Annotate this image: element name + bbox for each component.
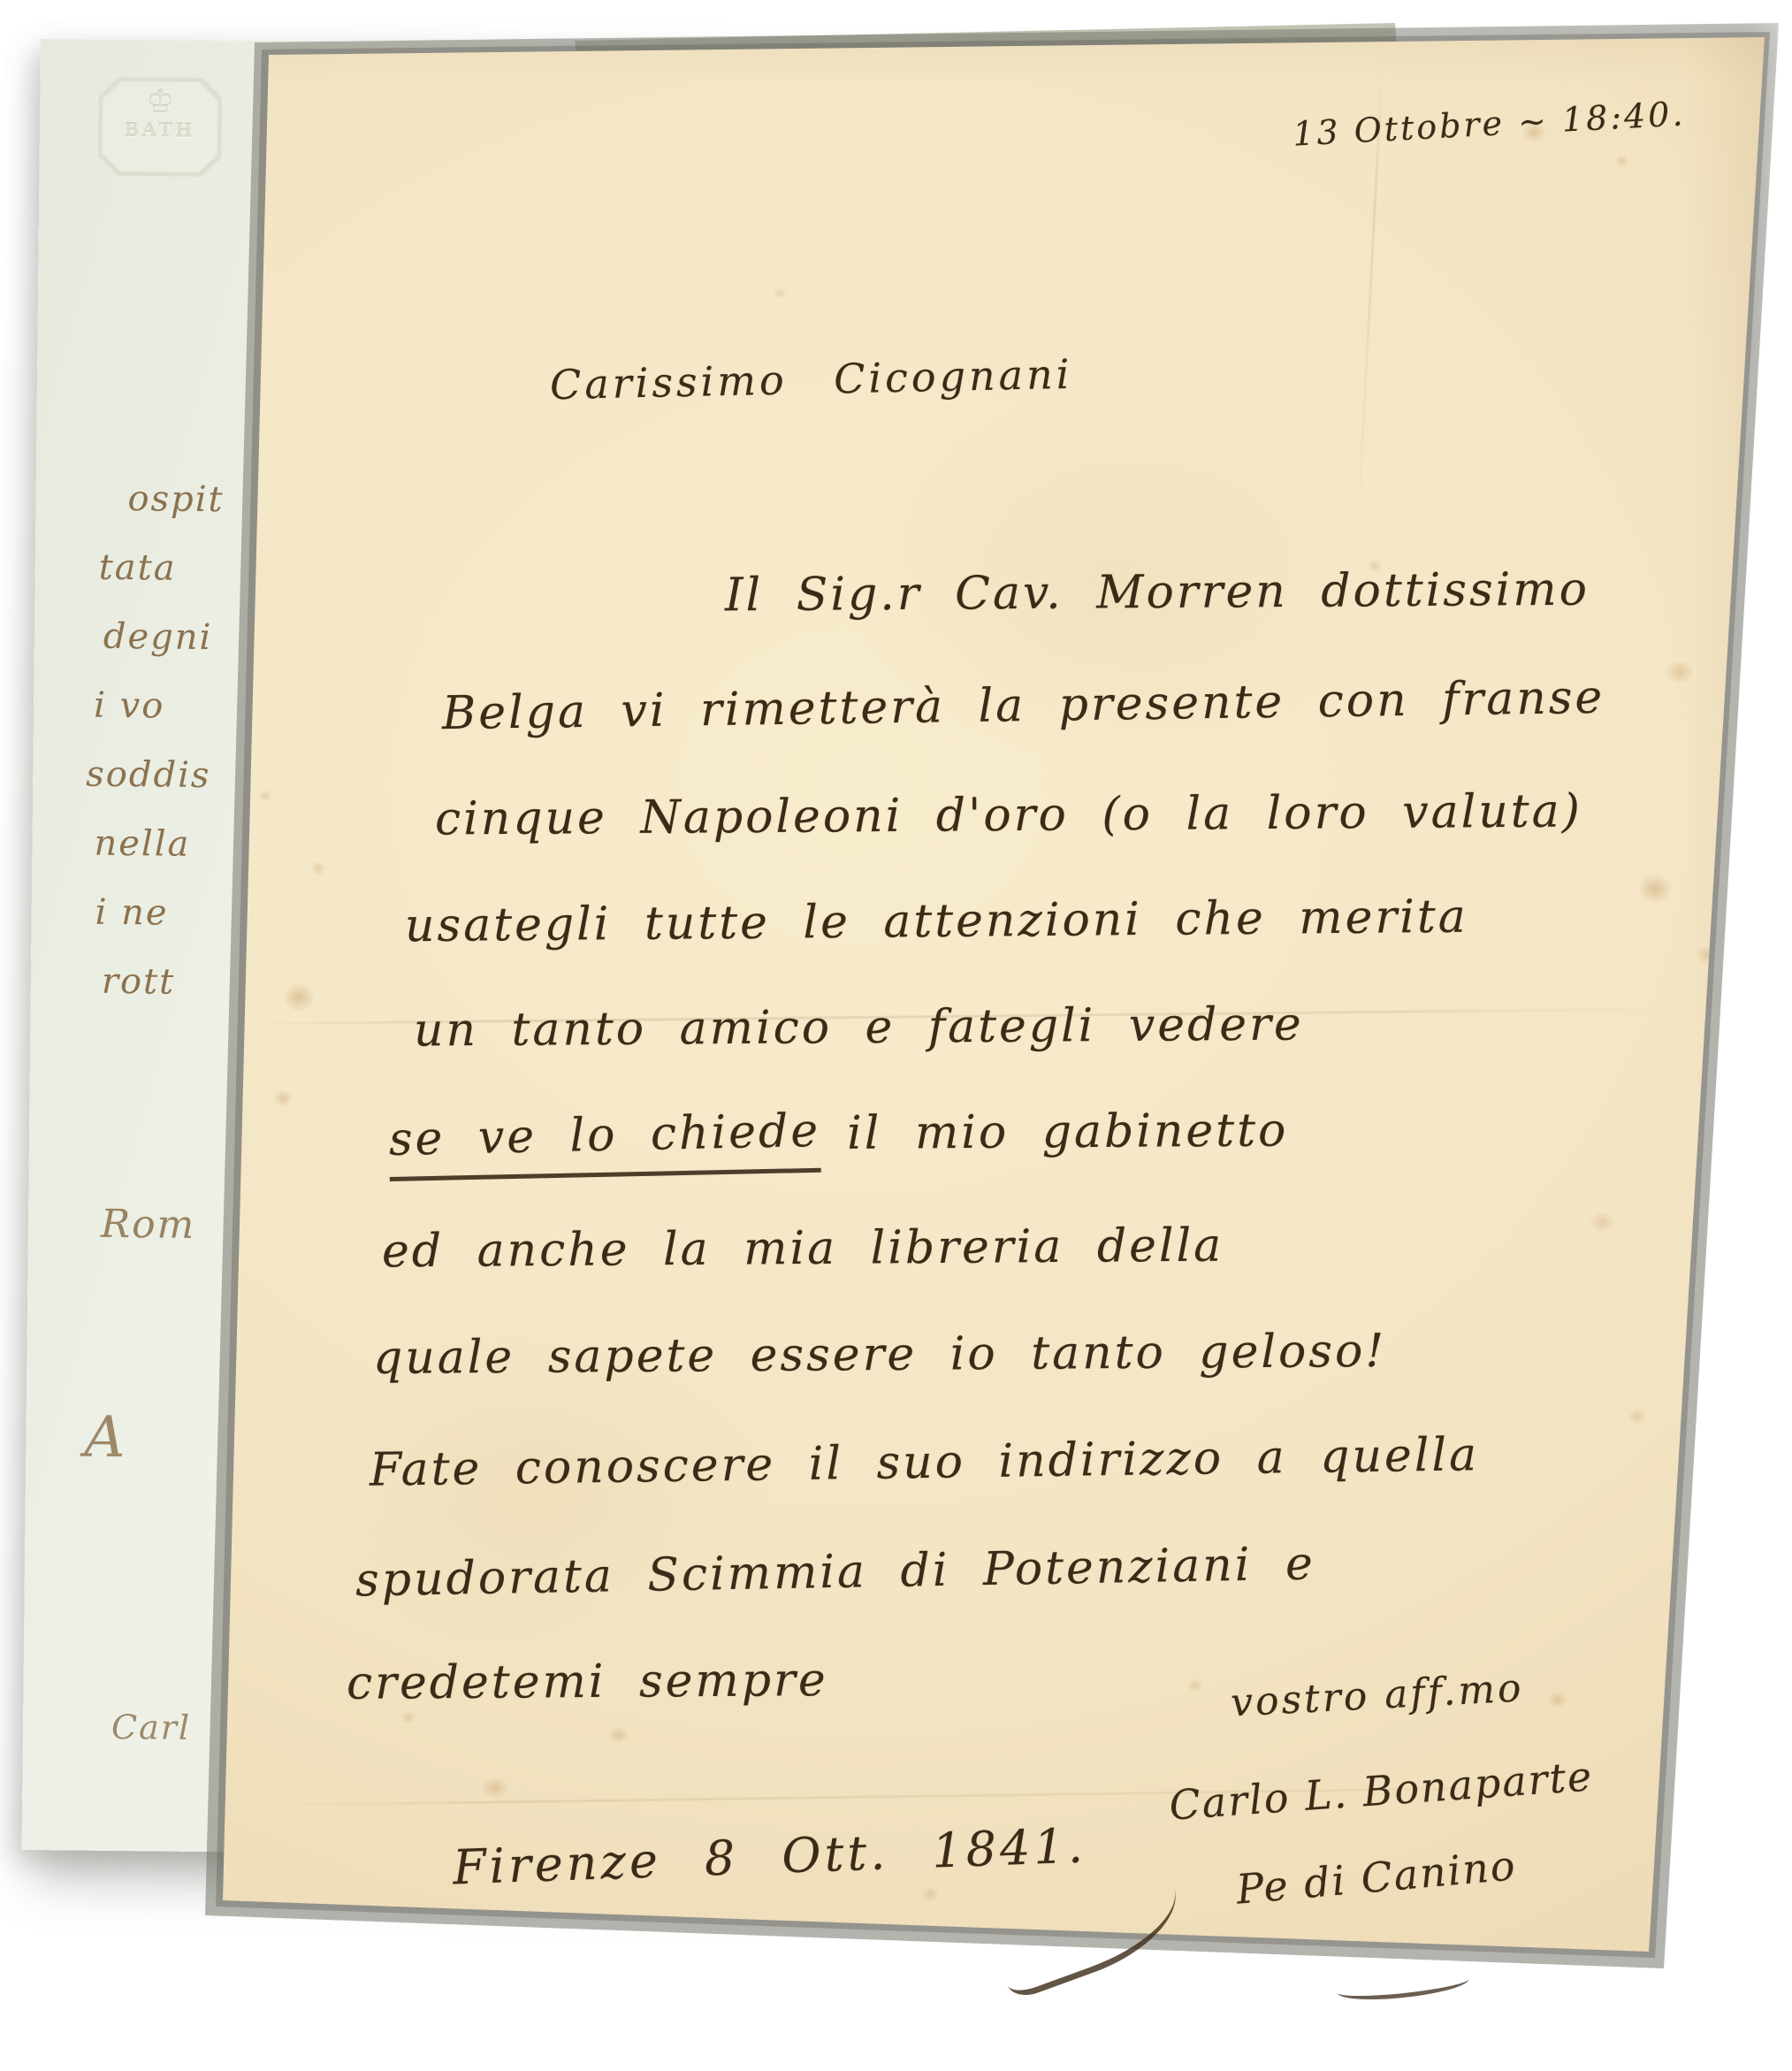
body-line: un tanto amico e fategli vedere <box>414 997 1304 1057</box>
body-line: quale sapete essere io tanto geloso! <box>373 1325 1387 1385</box>
back-page-text-fragment: degni <box>103 616 213 658</box>
back-page-text-fragment: tata <box>99 547 177 589</box>
back-page-text-fragment: A <box>84 1405 127 1471</box>
back-page-text-fragment: nella <box>94 823 190 865</box>
body-line: Il Sig.r Cav. Morren dottissimo <box>725 563 1590 623</box>
embossed-stamp-face: ♔ BATH <box>102 81 217 172</box>
flourish-stroke <box>1336 1967 1470 2005</box>
stamp-text: BATH <box>103 118 217 142</box>
embossed-stamp: ♔ BATH <box>97 77 222 177</box>
back-page-text-fragment: ospit <box>127 478 225 520</box>
letter-photograph: ♔ BATH ospit tata degni i vo soddis nell… <box>0 0 1792 2071</box>
crown-icon: ♔ <box>103 87 217 119</box>
body-line: usategli tutte le attenzioni che merita <box>405 890 1468 952</box>
back-page-text-fragment: soddis <box>86 754 211 796</box>
body-line: cinque Napoleoni d'oro (o la loro valuta… <box>435 784 1582 845</box>
back-page-text-fragment: Carl <box>111 1708 192 1747</box>
back-page-text-fragment: i ne <box>95 892 168 934</box>
back-page-text-fragment: Rom <box>101 1202 196 1248</box>
body-line: ed anche la mia libreria della <box>382 1219 1224 1279</box>
back-page-text-fragment: rott <box>102 961 176 1003</box>
underlined-phrase: se ve lo chiede <box>388 1104 821 1181</box>
back-page-text-fragment: i vo <box>94 685 165 727</box>
body-line: se ve lo chiedeil mio gabinetto <box>389 1104 1289 1178</box>
body-line: credetemi sempre <box>347 1654 828 1710</box>
body-line-rest: il mio gabinetto <box>847 1104 1289 1159</box>
